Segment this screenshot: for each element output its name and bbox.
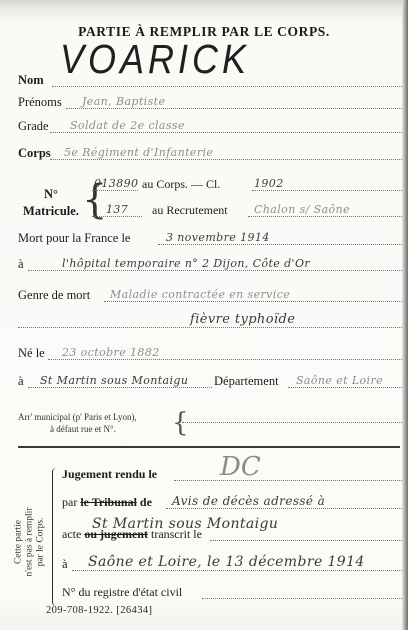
grade-dotted-line xyxy=(50,132,402,133)
au-corps-label: au Corps. — Cl. xyxy=(142,177,220,192)
lieu-mort-dotted-line xyxy=(28,270,402,271)
nom-dotted-line xyxy=(52,86,402,87)
genre-mort-label: Genre de mort xyxy=(18,288,90,303)
transcription-value: Saône et Loire, le 13 décembre 1914 xyxy=(88,554,365,570)
grade-value: Soldat de 2e classe xyxy=(70,119,185,132)
field-naissance: Né le 23 octobre 1882 xyxy=(18,345,402,363)
field-genre-mort-2: fièvre typhoïde xyxy=(18,313,402,331)
corps-label: Corps xyxy=(18,146,51,161)
lieu-naissance-label: à xyxy=(18,374,24,389)
classe-dotted-line xyxy=(252,190,402,191)
acte-dotted-line xyxy=(210,540,402,541)
arrondissement-label: Arr' municipal (p' Paris et Lyon), à déf… xyxy=(18,411,137,435)
mort-label: Mort pour la France le xyxy=(18,231,130,246)
field-acte: acte ou jugement transcrit le St Martin … xyxy=(62,526,402,544)
field-jugement: Jugement rendu le xyxy=(62,466,402,484)
nom-label: Nom xyxy=(18,73,44,88)
side-note-line-2: n'est pas à remplir xyxy=(25,508,36,577)
field-transcription-lieu: à Saône et Loire, le 13 décembre 1914 xyxy=(62,556,402,574)
field-prenoms: Prénoms Jean, Baptiste xyxy=(18,94,402,112)
corps-value: 5e Régiment d'Infanterie xyxy=(64,146,213,159)
lieu-mort-label: à xyxy=(18,257,24,272)
genre-mort-value-1: Maladie contractée en service xyxy=(110,288,290,301)
field-lieu-naissance: à St Martin sous Montaigu Département Sa… xyxy=(18,373,402,391)
naissance-dotted-line xyxy=(48,359,402,360)
section-divider xyxy=(18,446,400,448)
side-bracket xyxy=(52,468,57,606)
prenoms-label: Prénoms xyxy=(18,95,62,110)
tribunal-value: Avis de décès adressé à xyxy=(172,494,325,508)
field-matricule-recrutement: 137 au Recrutement Chalon s/ Saône xyxy=(92,202,402,220)
recrutement-value: 137 xyxy=(106,203,128,216)
recrutement-place: Chalon s/ Saône xyxy=(254,203,350,216)
field-corps: Corps 5e Régiment d'Infanterie xyxy=(18,145,402,163)
recrutement-num-dots xyxy=(92,216,142,217)
naissance-label: Né le xyxy=(18,346,45,361)
prenoms-value: Jean, Baptiste xyxy=(82,95,165,108)
naissance-value: 23 octobre 1882 xyxy=(62,346,160,359)
departement-label: Département xyxy=(214,374,279,389)
field-genre-mort: Genre de mort Maladie contractée en serv… xyxy=(18,287,402,305)
departement-dotted-line xyxy=(288,387,402,388)
tribunal-suffix: de xyxy=(140,495,152,509)
corps-dotted-line xyxy=(50,159,402,160)
field-grade: Grade Soldat de 2e classe xyxy=(18,118,402,136)
acte-value: St Martin sous Montaigu xyxy=(92,516,278,532)
lieu-mort-value: l'hôpital temporaire n° 2 Dijon, Côte d'… xyxy=(62,257,310,270)
side-note-line-3: par le Corps. xyxy=(36,508,47,577)
classe-value: 1902 xyxy=(254,177,284,190)
recrutement-label: au Recrutement xyxy=(152,203,228,218)
genre-mort-dotted-line-2 xyxy=(18,327,402,328)
tribunal-label: par le Tribunal de xyxy=(62,495,152,510)
nom-value: VOARICK xyxy=(60,36,250,83)
tribunal-struck: le Tribunal xyxy=(80,495,137,509)
mort-value: 3 novembre 1914 xyxy=(166,231,270,244)
field-mort: Mort pour la France le 3 novembre 1914 xyxy=(18,230,402,248)
genre-mort-value-2: fièvre typhoïde xyxy=(190,312,295,327)
registre-label: N° du registre d'état civil xyxy=(62,585,182,600)
jugement-dotted-line xyxy=(174,480,402,481)
field-lieu-mort: à l'hôpital temporaire n° 2 Dijon, Côte … xyxy=(18,256,402,274)
departement-value: Saône et Loire xyxy=(296,374,383,387)
tribunal-prefix: par xyxy=(62,495,77,509)
matricule-corps-dots xyxy=(92,190,138,191)
field-matricule-corps: 013890 au Corps. — Cl. 1902 xyxy=(92,176,402,194)
transcription-a-label: à xyxy=(62,557,68,572)
matricule-corps-value: 013890 xyxy=(94,177,138,190)
genre-mort-dotted-line xyxy=(104,301,402,302)
registre-dotted-line xyxy=(202,598,402,599)
arrondissement-label-1: Arr' municipal (p' Paris et Lyon), xyxy=(18,412,137,422)
tribunal-dotted-line xyxy=(166,508,402,509)
transcription-dotted-line xyxy=(72,570,402,571)
acte-prefix: acte xyxy=(62,527,81,541)
arrondissement-dotted-line xyxy=(182,422,402,423)
mort-dotted-line xyxy=(158,244,402,245)
matricule-label-no: N° xyxy=(20,186,82,203)
field-arrondissement xyxy=(182,408,402,426)
side-note-line-1: Cette partie xyxy=(14,508,25,577)
field-registre: N° du registre d'état civil xyxy=(62,584,402,602)
page-edge-shadow xyxy=(402,0,408,630)
matricule-label: N° Matricule. xyxy=(20,186,82,220)
lieu-naissance-dotted-line xyxy=(28,387,212,388)
side-note: Cette partie n'est pas à remplir par le … xyxy=(6,482,54,602)
grade-label: Grade xyxy=(18,119,49,134)
prenoms-dotted-line xyxy=(66,108,402,109)
print-reference: 209-708-1922. [26434] xyxy=(46,605,152,616)
jugement-label: Jugement rendu le xyxy=(62,467,157,482)
matricule-label-text: Matricule. xyxy=(20,203,82,220)
recrutement-place-dots xyxy=(248,216,402,217)
arrondissement-label-2: à défaut rue et N°. xyxy=(18,423,137,435)
field-tribunal: par le Tribunal de Avis de décès adressé… xyxy=(62,494,402,512)
lieu-naissance-value: St Martin sous Montaigu xyxy=(40,374,188,387)
